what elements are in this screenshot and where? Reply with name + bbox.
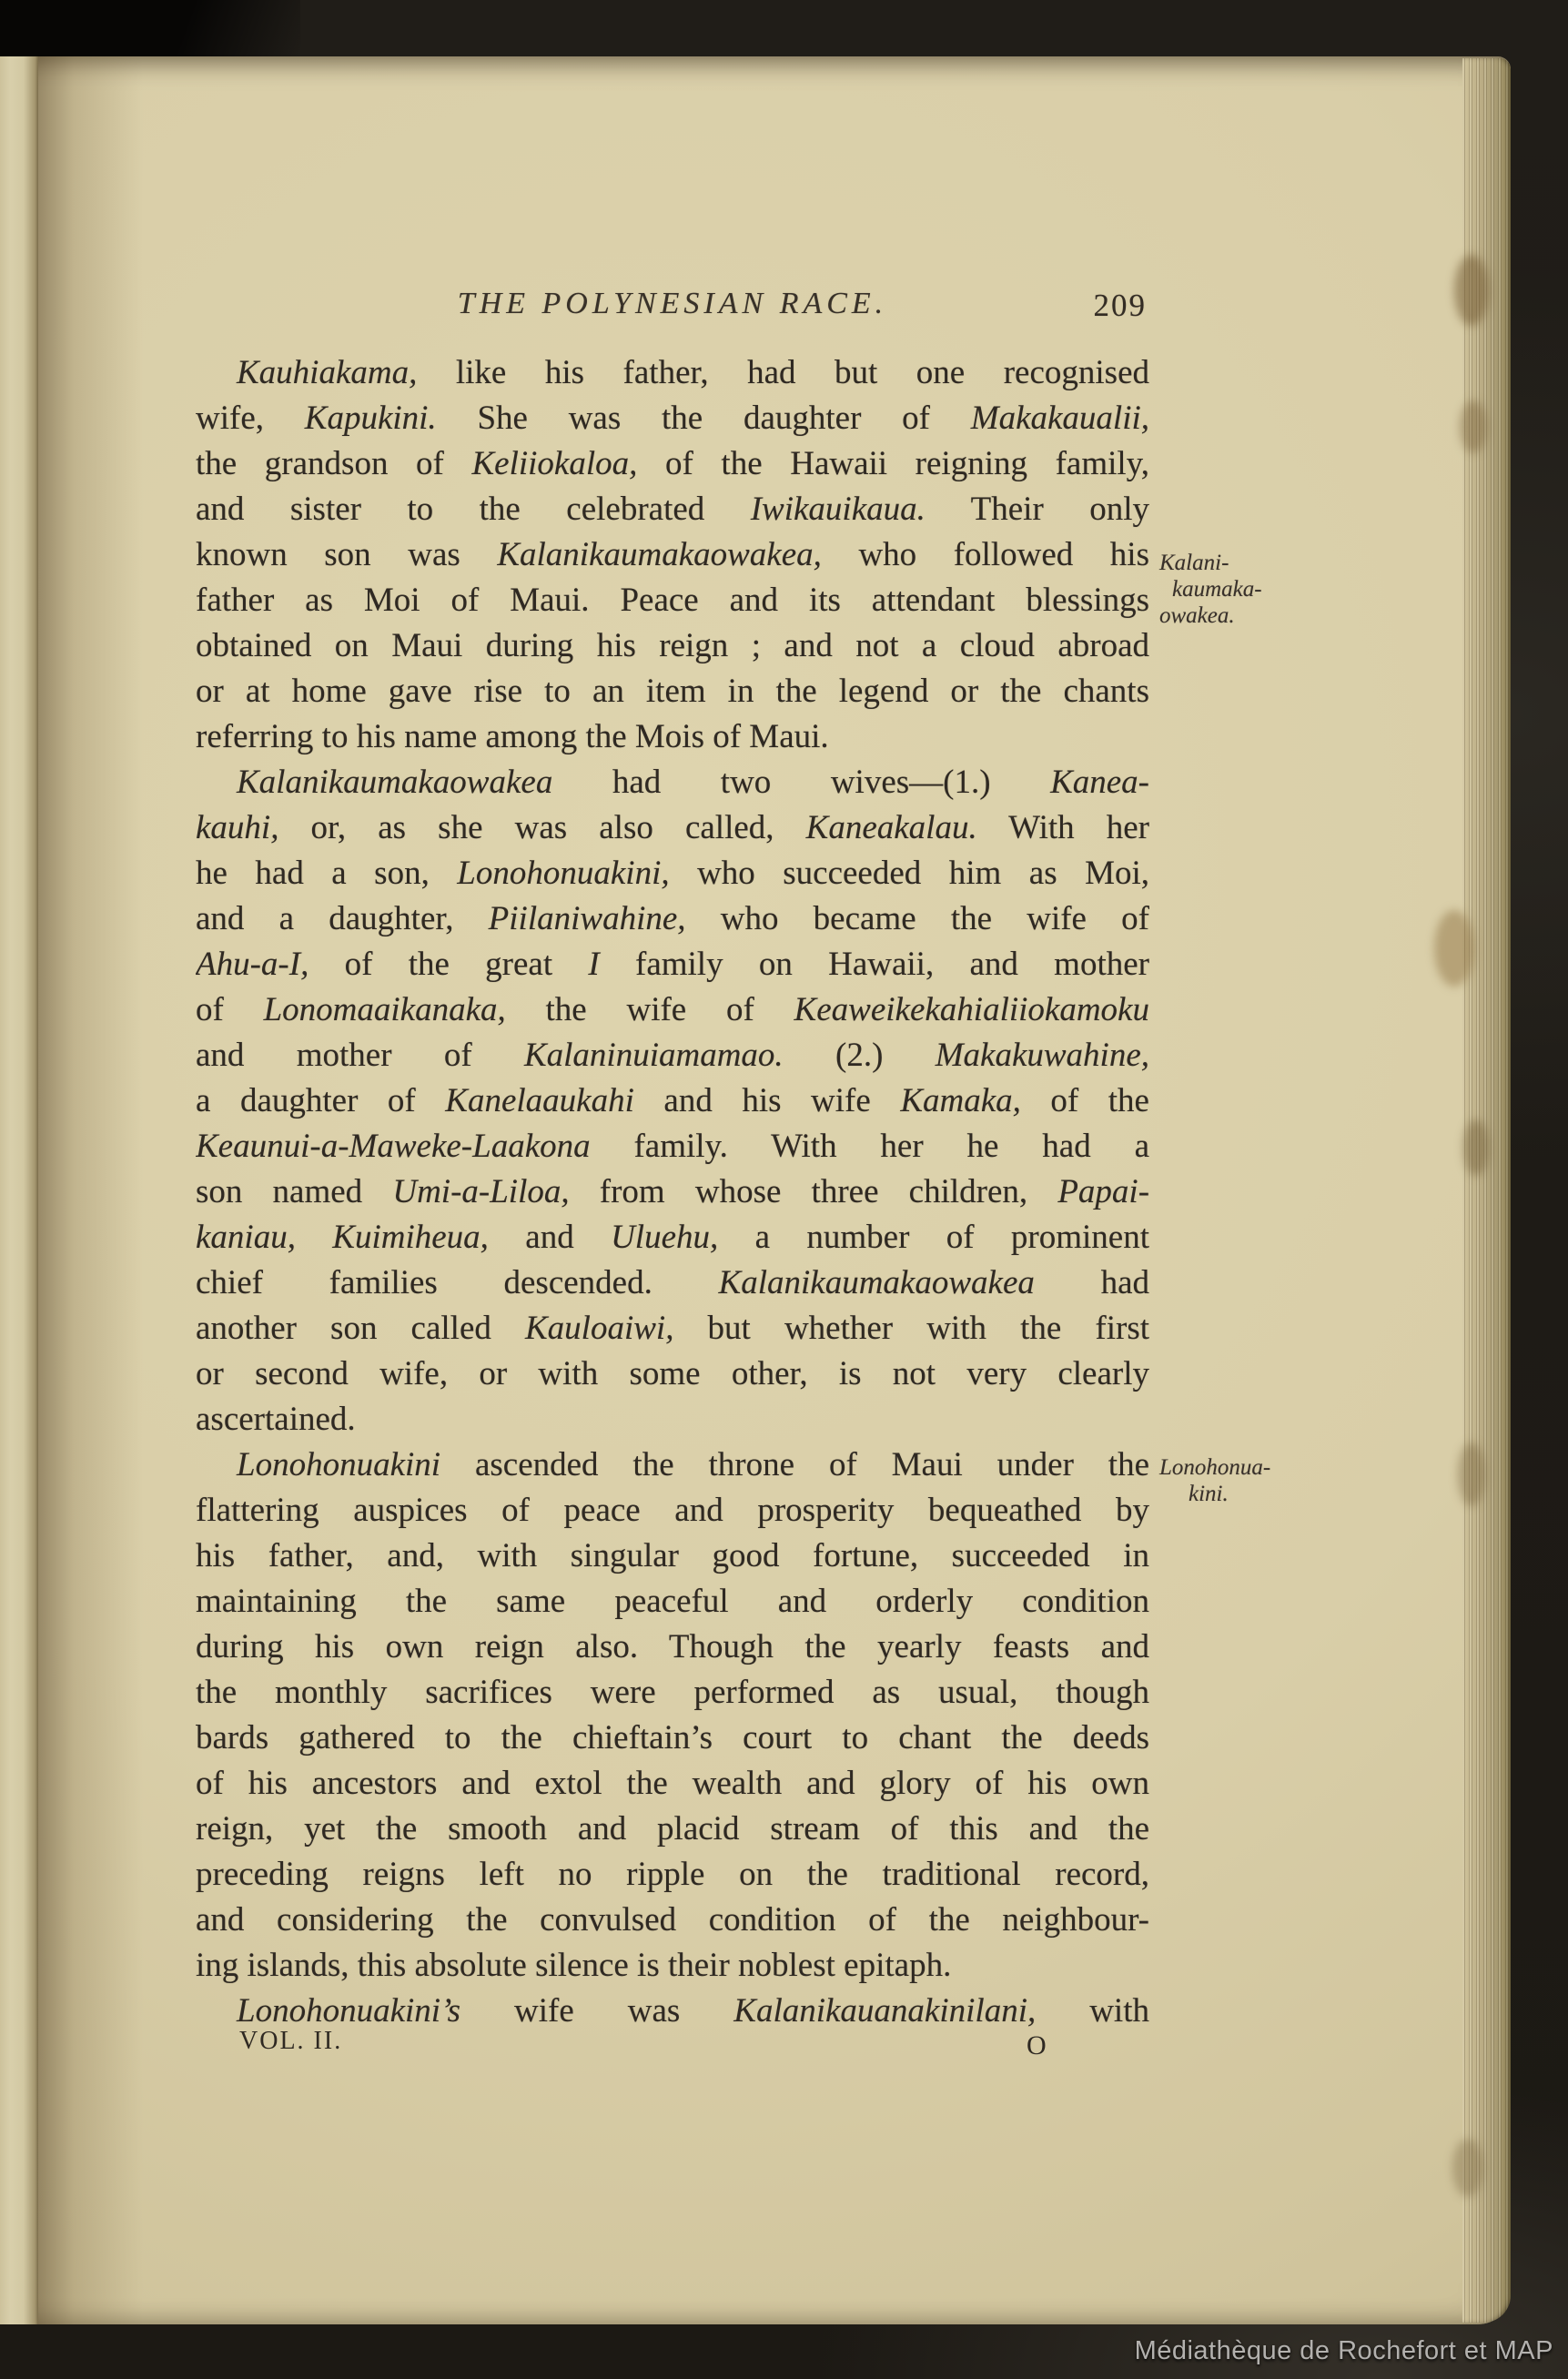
text-line: known son was Kalanikaumakaowakea, who f… xyxy=(196,532,1149,578)
page-stain xyxy=(1452,2139,1483,2197)
page-stain xyxy=(1460,400,1487,453)
page-stack-edge xyxy=(1462,58,1511,2323)
library-watermark: Médiathèque de Rochefort et MAP xyxy=(1135,2335,1553,2366)
text-line: and mother of Kalaninuiamamao. (2.) Maka… xyxy=(196,1033,1149,1078)
text-line: or at home gave rise to an item in the l… xyxy=(196,669,1149,714)
text-line: bards gathered to the chieftain’s court … xyxy=(196,1716,1149,1761)
text-line: chief families descended. Kalanikaumakao… xyxy=(196,1260,1149,1306)
text-line: kauhi, or, as she was also called, Kanea… xyxy=(196,805,1149,851)
text-line: and considering the convulsed condition … xyxy=(196,1898,1149,1943)
margin-note-lonohonuakini: Lonohonua-kini. xyxy=(1159,1454,1387,1507)
text-line: Kalanikaumakaowakea had two wives—(1.) K… xyxy=(196,760,1149,805)
running-title: THE POLYNESIAN RACE. xyxy=(196,284,1149,324)
text-line: kaniau, Kuimiheua, and Uluehu, a number … xyxy=(196,1215,1149,1260)
text-line: the monthly sacrifices were performed as… xyxy=(196,1670,1149,1716)
page-stain xyxy=(1434,910,1474,987)
page-stain xyxy=(1454,255,1489,326)
margin-note-line: owakea. xyxy=(1159,602,1387,629)
page-header: THE POLYNESIAN RACE. 209 xyxy=(196,284,1149,324)
text-line: ascertained. xyxy=(196,1397,1149,1443)
gutter-shadow xyxy=(38,56,143,2324)
text-line: he had a son, Lonohonuakini, who succeed… xyxy=(196,851,1149,896)
text-line: the grandson of Keliiokaloa, of the Hawa… xyxy=(196,441,1149,487)
text-line: reign, yet the smooth and placid stream … xyxy=(196,1807,1149,1852)
text-line: preceding reigns left no ripple on the t… xyxy=(196,1852,1149,1898)
text-line: maintaining the same peaceful and orderl… xyxy=(196,1579,1149,1625)
text-line: son named Umi-a-Liloa, from whose three … xyxy=(196,1169,1149,1215)
text-line: and a daughter, Piilaniwahine, who becam… xyxy=(196,896,1149,942)
facing-page-edge xyxy=(0,56,38,2324)
text-line: during his own reign also. Though the ye… xyxy=(196,1625,1149,1670)
page-stain xyxy=(1463,1119,1489,1176)
text-line: a daughter of Kanelaaukahi and his wife … xyxy=(196,1078,1149,1124)
body-text: Kauhiakama, like his father, had but one… xyxy=(196,350,1149,2034)
margin-note-line: kini. xyxy=(1159,1481,1387,1507)
text-line: Ahu-a-I, of the great I family on Hawaii… xyxy=(196,942,1149,987)
margin-note-line: Lonohonua- xyxy=(1159,1454,1387,1481)
text-line: of his ancestors and extol the wealth an… xyxy=(196,1761,1149,1807)
text-line: another son called Kauloaiwi, but whethe… xyxy=(196,1306,1149,1351)
margin-note-kalanikaumakaowakea: Kalani-kaumaka-owakea. xyxy=(1159,550,1387,629)
text-line: or second wife, or with some other, is n… xyxy=(196,1351,1149,1397)
text-line: referring to his name among the Mois of … xyxy=(196,714,1149,760)
text-line: father as Moi of Maui. Peace and its att… xyxy=(196,578,1149,623)
text-line: Keaunui-a-Maweke-Laakona family. With he… xyxy=(196,1124,1149,1169)
text-line: of Lonomaaikanaka, the wife of Keaweikek… xyxy=(196,987,1149,1033)
text-line: wife, Kapukini. She was the daughter of … xyxy=(196,396,1149,441)
margin-note-line: Kalani- xyxy=(1159,550,1387,576)
page-stain xyxy=(1458,1443,1485,1506)
margin-note-line: kaumaka- xyxy=(1159,576,1387,602)
text-line: obtained on Maui during his reign ; and … xyxy=(196,623,1149,669)
book-scan-photo: THE POLYNESIAN RACE. 209 Kauhiakama, lik… xyxy=(0,0,1568,2379)
page-number: 209 xyxy=(1094,286,1148,326)
text-line: his father, and, with singular good fort… xyxy=(196,1534,1149,1579)
text-line: Kauhiakama, like his father, had but one… xyxy=(196,350,1149,396)
text-line: flattering auspices of peace and prosper… xyxy=(196,1488,1149,1534)
volume-label: VOL. II. xyxy=(239,2026,342,2057)
text-line: Lonohonuakini ascended the throne of Mau… xyxy=(196,1443,1149,1488)
text-line: and sister to the celebrated Iwikauikaua… xyxy=(196,487,1149,532)
text-line: ing islands, this absolute silence is th… xyxy=(196,1943,1149,1989)
signature-mark: O xyxy=(1027,2030,1047,2062)
